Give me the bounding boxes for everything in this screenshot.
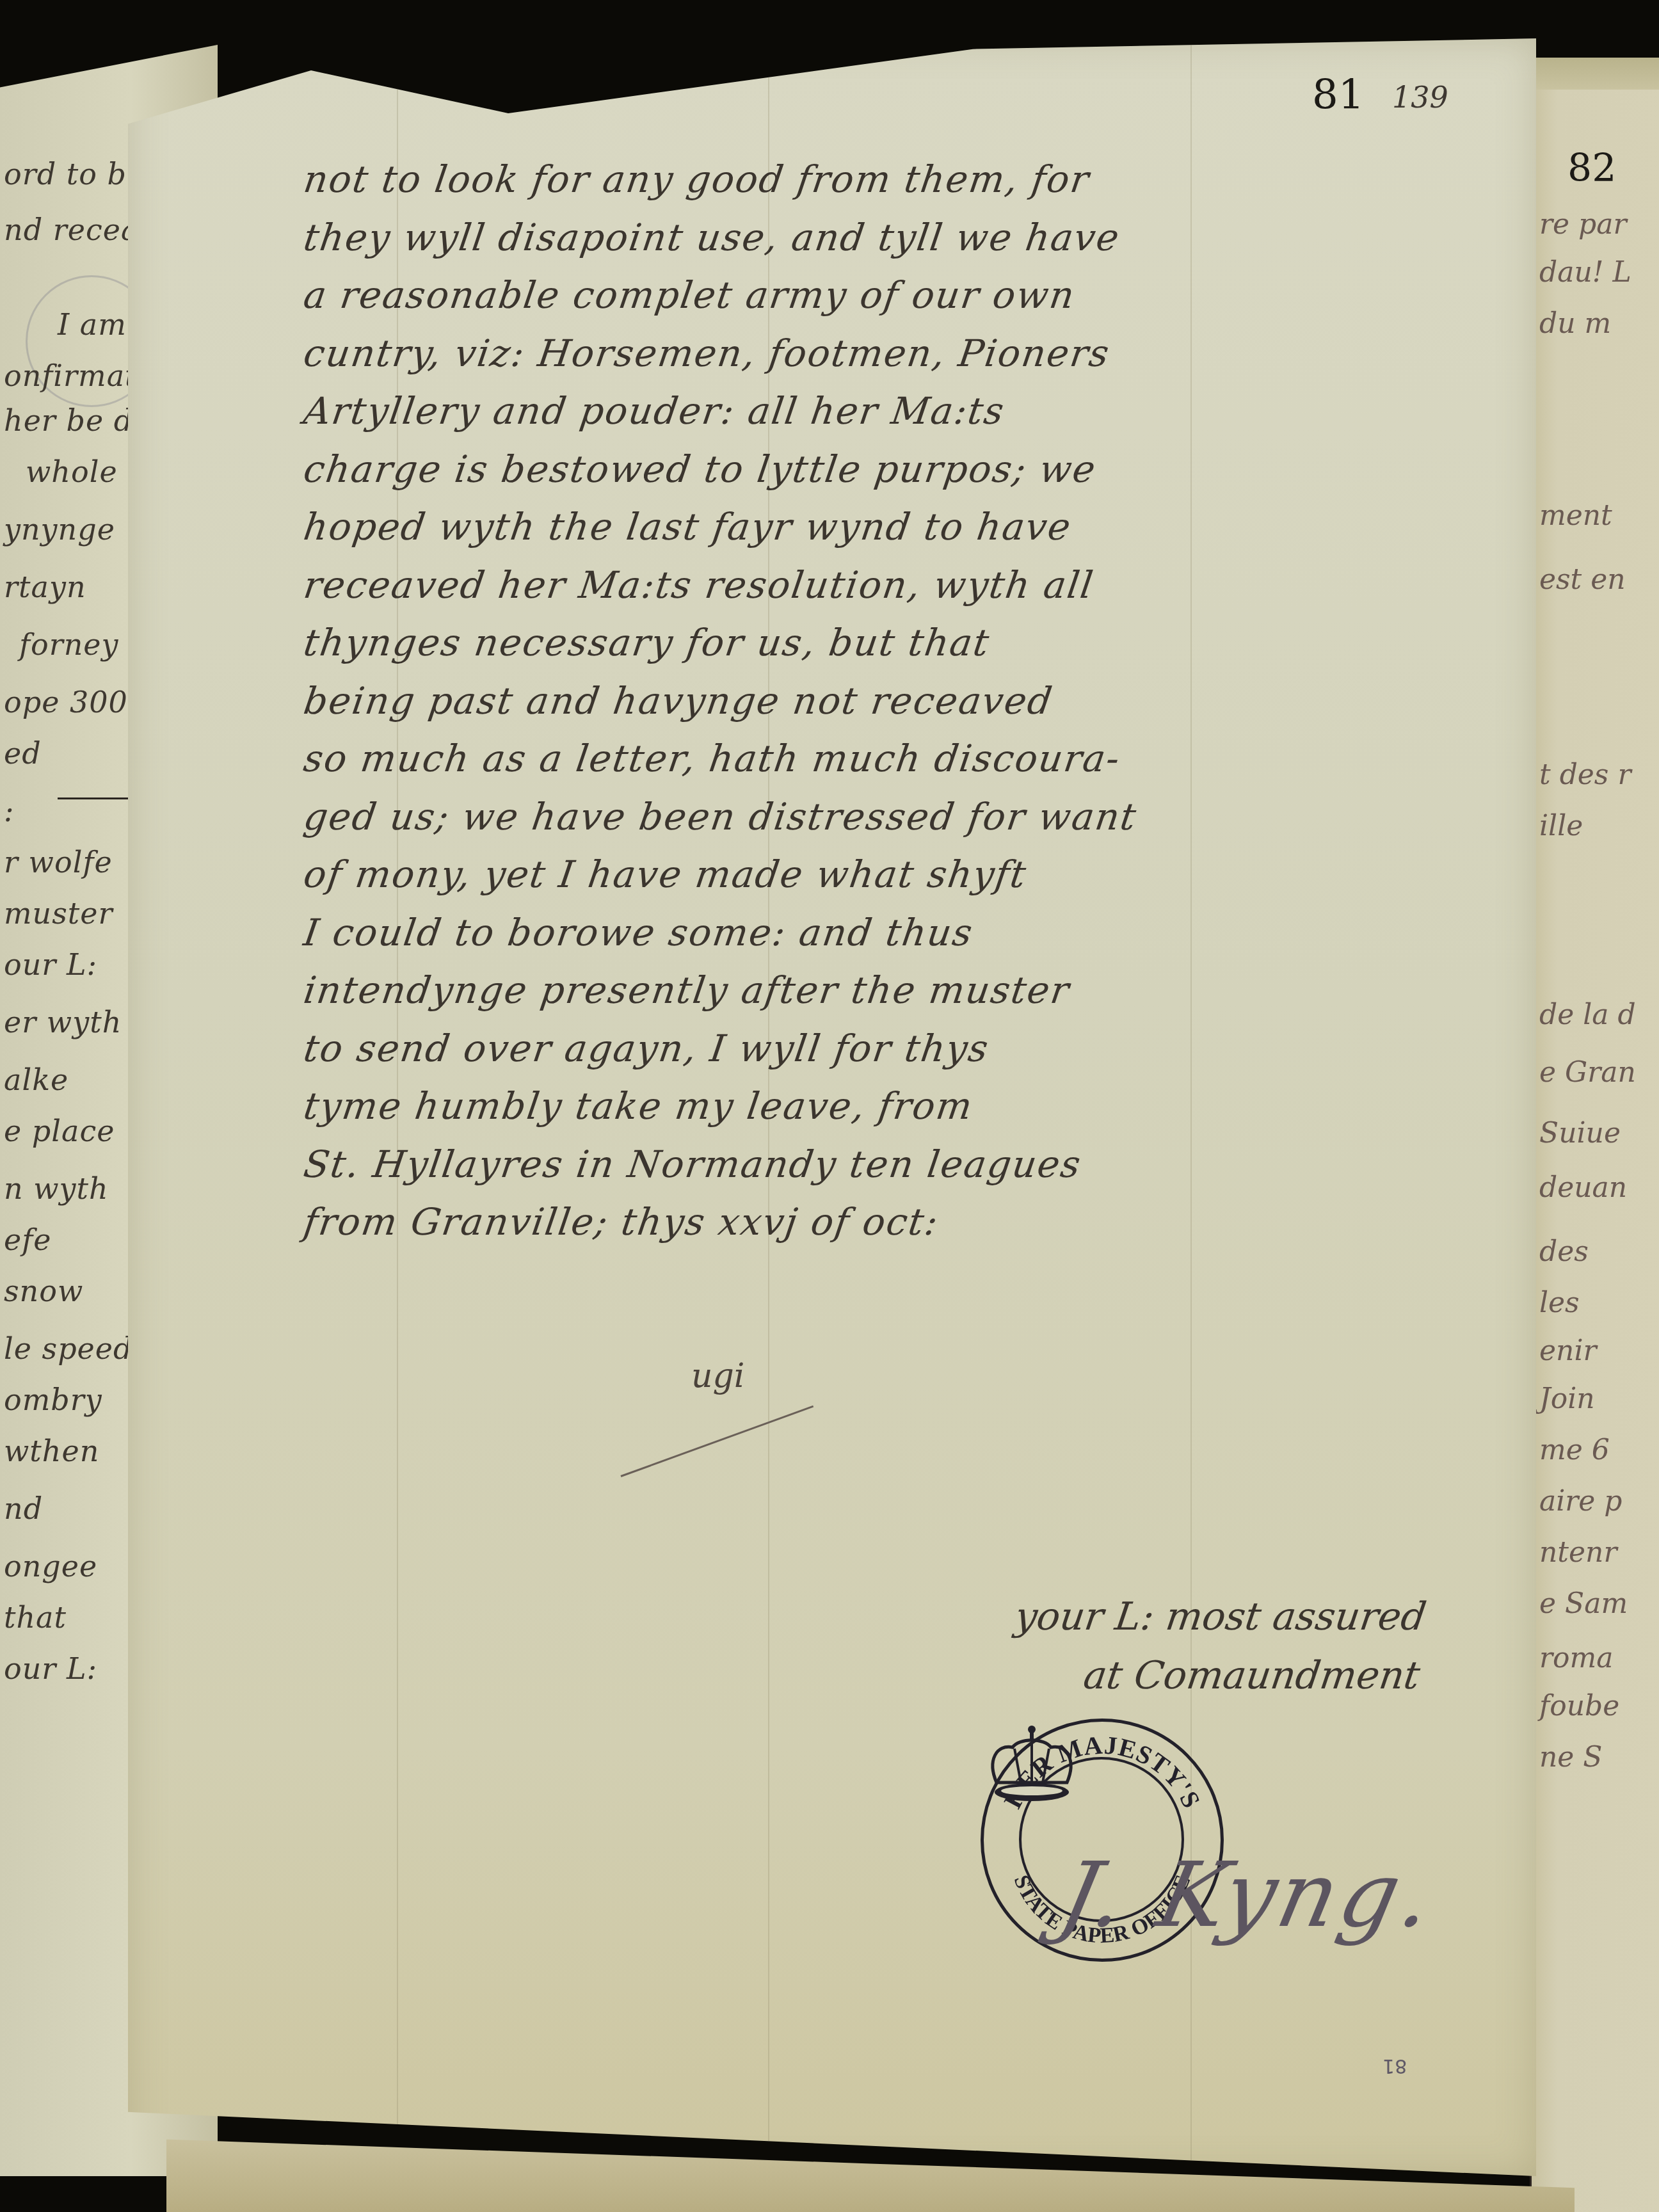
left-fragment: muster bbox=[4, 896, 113, 931]
letter-line: of mony, yet I have made what shyft bbox=[300, 846, 1544, 904]
left-fragment: ope 300 bbox=[4, 685, 128, 719]
archive-number: 81 bbox=[1382, 2055, 1407, 2077]
left-fragment: whole bbox=[26, 454, 118, 489]
right-fragment: roma bbox=[1539, 1642, 1613, 1674]
left-fragment: ed bbox=[4, 736, 42, 771]
main-page-folio-81: 81 139 not to look for any good from the… bbox=[128, 38, 1536, 2176]
valediction: your L: most assured at Comaundment bbox=[1003, 1587, 1432, 1705]
left-fragment: nd bbox=[4, 1491, 43, 1526]
right-fragment: deuan bbox=[1539, 1171, 1627, 1204]
right-fragment: de la d bbox=[1539, 998, 1636, 1031]
letter-body: not to look for any good from them, for … bbox=[304, 150, 1539, 1251]
regnal-note: ugi bbox=[691, 1357, 744, 1395]
letter-line: ged us; we have been distressed for want bbox=[300, 788, 1544, 846]
folio-number: 81 bbox=[1312, 72, 1364, 119]
left-fragment: forney bbox=[19, 627, 119, 662]
letter-line: to send over agayn, I wyll for thys bbox=[300, 1020, 1544, 1078]
crown-icon bbox=[984, 1722, 1080, 1811]
letter-line: cuntry, viz: Horsemen, footmen, Pioners bbox=[300, 325, 1544, 383]
left-fragment: er wyth bbox=[4, 1005, 122, 1039]
left-fragment: snow bbox=[4, 1274, 83, 1308]
right-fragment: dau! L bbox=[1539, 256, 1631, 289]
left-fragment: efe bbox=[4, 1222, 51, 1257]
letter-line: I could to borowe some: and thus bbox=[300, 904, 1544, 962]
left-fragment: wthen bbox=[4, 1434, 99, 1468]
valediction-line-2: at Comaundment bbox=[1003, 1646, 1423, 1705]
left-fragment: n wyth bbox=[4, 1171, 109, 1206]
right-fragment: e Sam bbox=[1539, 1587, 1628, 1620]
right-fragment: t des r bbox=[1539, 758, 1631, 791]
left-fragment: ombry bbox=[4, 1382, 102, 1417]
right-fragment: foube bbox=[1539, 1690, 1619, 1722]
right-fragment: ntenr bbox=[1539, 1536, 1617, 1569]
left-fragment: : bbox=[4, 794, 15, 828]
left-fragment: alke bbox=[4, 1062, 68, 1097]
right-fragment: aire p bbox=[1539, 1485, 1623, 1518]
right-fragment: les bbox=[1539, 1286, 1580, 1319]
left-fragment: that bbox=[4, 1600, 67, 1635]
letter-line: so much as a letter, hath much discoura- bbox=[300, 730, 1544, 788]
right-fragment: re par bbox=[1539, 208, 1627, 241]
letter-line: charge is bestowed to lyttle purpos; we bbox=[300, 440, 1544, 499]
left-fragment: e place bbox=[4, 1114, 115, 1148]
left-fragment: our L: bbox=[4, 947, 97, 982]
letter-line: a reasonable complet army of our own bbox=[300, 266, 1544, 325]
left-fragment: I am bbox=[58, 307, 127, 342]
letter-line: not to look for any good from them, for bbox=[300, 150, 1544, 209]
valediction-line-1: your L: most assured bbox=[1011, 1587, 1432, 1646]
letter-line: tyme humbly take my leave, from bbox=[300, 1077, 1544, 1135]
right-fragment: ille bbox=[1539, 810, 1583, 842]
letter-line: they wyll disapoint use, and tyll we hav… bbox=[300, 209, 1544, 267]
right-fragment: Suiue bbox=[1539, 1117, 1621, 1150]
letter-line: Artyllery and pouder: all her Ma:ts bbox=[300, 382, 1544, 440]
right-fragment: enir bbox=[1539, 1334, 1596, 1367]
left-fragment: le speed bbox=[4, 1331, 133, 1366]
right-fragment: ment bbox=[1539, 499, 1612, 532]
old-folio-number: 139 bbox=[1392, 80, 1448, 115]
left-fragment: our L: bbox=[4, 1651, 97, 1686]
letter-line: from Granville; thys xxvj of oct: bbox=[300, 1193, 1544, 1251]
right-page: 82 re par dau! L du m ment est en t des … bbox=[1530, 90, 1659, 2212]
right-fragment: Join bbox=[1539, 1382, 1595, 1415]
left-fragment: ord to be bbox=[4, 157, 145, 191]
left-fragment: ynynge bbox=[4, 512, 115, 547]
letter-line: being past and havynge not receaved bbox=[300, 672, 1544, 730]
right-fragment: des bbox=[1539, 1235, 1589, 1268]
right-folio-number: 82 bbox=[1567, 146, 1616, 191]
letter-line: intendynge presently after the muster bbox=[300, 961, 1544, 1020]
left-fragment: rtayn bbox=[4, 570, 86, 604]
right-fragment: ne S bbox=[1539, 1741, 1603, 1774]
letter-line: hoped wyth the last fayr wynd to have bbox=[300, 498, 1544, 556]
signature: J. Kyng. bbox=[1052, 1843, 1446, 1948]
right-fragment: est en bbox=[1539, 563, 1626, 596]
right-fragment: me 6 bbox=[1539, 1434, 1610, 1466]
letter-line: thynges necessary for us, but that bbox=[300, 614, 1544, 672]
letter-line: St. Hyllayres in Normandy ten leagues bbox=[300, 1135, 1544, 1194]
letter-line: receaved her Ma:ts resolution, wyth all bbox=[300, 556, 1544, 614]
right-fragment: du m bbox=[1539, 307, 1611, 340]
right-fragment: e Gran bbox=[1539, 1056, 1636, 1089]
pen-flourish bbox=[620, 1406, 813, 1477]
left-fragment: r wolfe bbox=[4, 845, 113, 879]
left-fragment: ongee bbox=[4, 1549, 97, 1583]
manuscript-photo: ord to be nd receaued I am onfirmatio he… bbox=[0, 0, 1659, 2212]
